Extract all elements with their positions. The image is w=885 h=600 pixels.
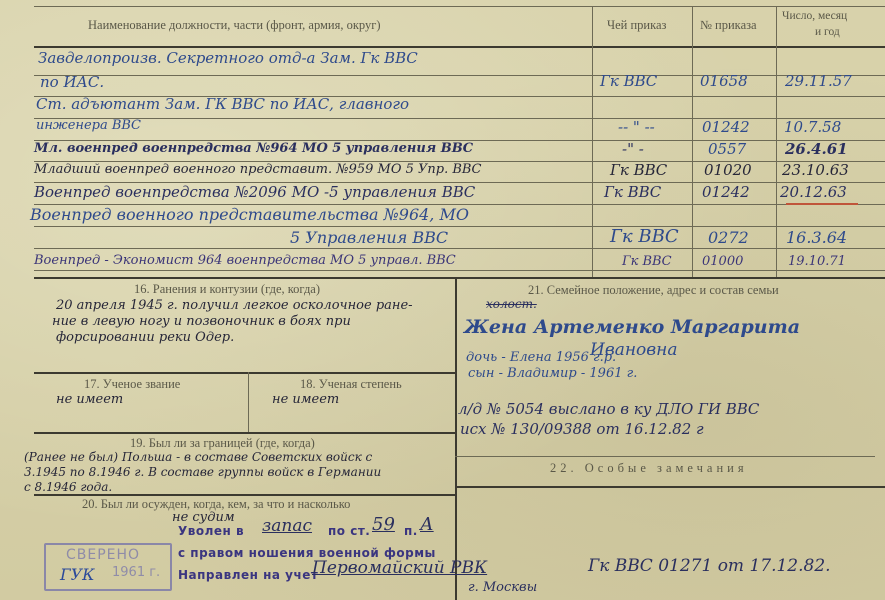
row3-whose-order: -" - [622, 140, 644, 158]
row4-whose-order: Гк ВВС [610, 161, 667, 179]
section21-wife-line1: Жена Артеменко Маргарита [464, 316, 800, 338]
verified-stamp-year: 1961 г. [112, 565, 160, 580]
lower-section-top [34, 277, 885, 279]
stamp-registered-to: Первомайский РВК [312, 558, 487, 578]
section18-label: 18. Ученая степень [300, 377, 402, 392]
header-order-number: № приказа [700, 18, 757, 33]
section16-line2: ние в левую ногу и позвоночник в боях пр… [52, 314, 351, 329]
row7-position: Военпред - Экономист 964 военпредства МО… [34, 253, 456, 268]
row-line [34, 226, 885, 227]
section19-label: 19. Был ли за границей (где, когда) [130, 436, 315, 451]
lower-center-divider [455, 277, 457, 600]
row3-date: 26.4.61 [785, 140, 848, 158]
section21-struck: холост. [486, 297, 537, 311]
header-whose-order: Чей приказ [607, 18, 667, 33]
section21-daughter: дочь - Елена 1956 г.р. [466, 350, 616, 365]
row3-order-number: 0557 [708, 140, 746, 158]
section17-18-divider [248, 372, 249, 432]
row7-order-number: 01000 [702, 254, 743, 269]
row6-date: 16.3.64 [786, 228, 847, 247]
row4-order-number: 01020 [704, 161, 752, 179]
stamp-article-prefix: по ст. [328, 524, 370, 538]
stamp-clause: А [420, 514, 434, 535]
row3-position: Мл. военпред военпредства №964 МО 5 упра… [34, 141, 473, 156]
row2-position-line1: Ст. адъютант Зам. ГК ВВС по ИАС, главног… [36, 95, 409, 113]
section17-label: 17. Ученое звание [84, 377, 180, 392]
row2-order-number: 01242 [702, 118, 750, 136]
row6-position-line1: Военпред военного представительства №964… [30, 205, 469, 224]
row2-position-line2: инженера ВВС [36, 118, 141, 133]
header-date-line2: и год [815, 26, 840, 38]
row-line [34, 118, 885, 119]
stamp-dismissed-prefix: Уволен в [178, 524, 244, 538]
row-line [34, 248, 885, 249]
section19-line2: 3.1945 по 8.1946 г. В составе группы вой… [24, 465, 381, 479]
row7-date: 19.10.71 [788, 254, 846, 269]
row1-whose-order: Гк ВВС [600, 72, 657, 90]
section22-top [455, 456, 875, 457]
stamp-order-ref: Гк ВВС 01271 от 17.12.82. [588, 556, 831, 576]
section16-line1: 20 апреля 1945 г. получил легкое осколоч… [56, 298, 413, 313]
section22-label: 22. Особые замечания [550, 461, 748, 476]
section16-label: 16. Ранения и контузии (где, когда) [134, 282, 320, 297]
header-divider [34, 46, 885, 48]
column-divider-order-number [692, 6, 693, 278]
section21-note-line1: л/д № 5054 выслано в ку ДЛО ГИ ВВС [458, 400, 759, 418]
section20-value: не судим [172, 510, 235, 525]
row2-date: 10.7.58 [784, 118, 841, 136]
section19-top [34, 432, 455, 434]
row6-whose-order: Гк ВВС [610, 226, 679, 247]
row2-whose-order: -- " -- [618, 118, 655, 136]
section16-line3: форсировании реки Одер. [56, 330, 234, 345]
row7-whose-order: Гк ВВС [622, 254, 672, 269]
row6-order-number: 0272 [708, 228, 749, 247]
verified-stamp: СВЕРЕНО ГУК 1961 г. [44, 543, 172, 591]
top-border [34, 6, 885, 7]
row1-date: 29.11.57 [785, 72, 852, 90]
section21-note-line2: исх № 130/09388 от 16.12.82 г [460, 420, 704, 438]
row4-position: Младший военпред военного представит. №9… [34, 162, 481, 177]
section17-value: не имеет [56, 392, 123, 407]
section21-label: 21. Семейное положение, адрес и состав с… [528, 283, 779, 298]
verified-stamp-handwritten: ГУК [60, 565, 95, 584]
section19-line3: с 8.1946 года. [24, 480, 112, 494]
header-position: Наименование должности, части (фронт, ар… [88, 18, 381, 33]
stamp-article-suffix: п. [404, 524, 418, 538]
personnel-record-card: Наименование должности, части (фронт, ар… [0, 0, 885, 600]
column-divider-whose-order [592, 6, 593, 278]
row1-position-line1: Завделопроизв. Секретного отд-а Зам. Гк … [38, 49, 418, 67]
section18-value: не имеет [272, 392, 339, 407]
date-red-underline [786, 203, 858, 205]
row-line [34, 270, 885, 271]
section22-bottom [455, 486, 885, 488]
stamp-registered-prefix: Направлен на учет [178, 568, 318, 582]
row5-order-number: 01242 [702, 183, 750, 201]
row5-date: 20.12.63 [780, 183, 847, 201]
section19-line1: (Ранее не был) Польша - в составе Советс… [24, 450, 372, 464]
section20-top [34, 494, 455, 496]
stamp-city: г. Москвы [468, 580, 537, 595]
stamp-article: 59 [372, 514, 395, 535]
section21-son: сын - Владимир - 1961 г. [468, 366, 637, 381]
row5-position: Военпред военпредства №2096 МО -5 управл… [34, 183, 475, 201]
row1-order-number: 01658 [700, 72, 748, 90]
stamp-dismissed-to: запас [262, 516, 312, 536]
column-divider-date [776, 6, 777, 278]
row6-position-line2: 5 Управления ВВС [290, 228, 448, 247]
row-line [34, 75, 885, 76]
row4-date: 23.10.63 [782, 161, 849, 179]
row1-position-line2: по ИАС. [40, 73, 104, 91]
row5-whose-order: Гк ВВС [604, 183, 661, 201]
section17-top [34, 372, 455, 374]
verified-stamp-label: СВЕРЕНО [66, 547, 140, 563]
header-date-line1: Число, месяц [782, 10, 847, 22]
